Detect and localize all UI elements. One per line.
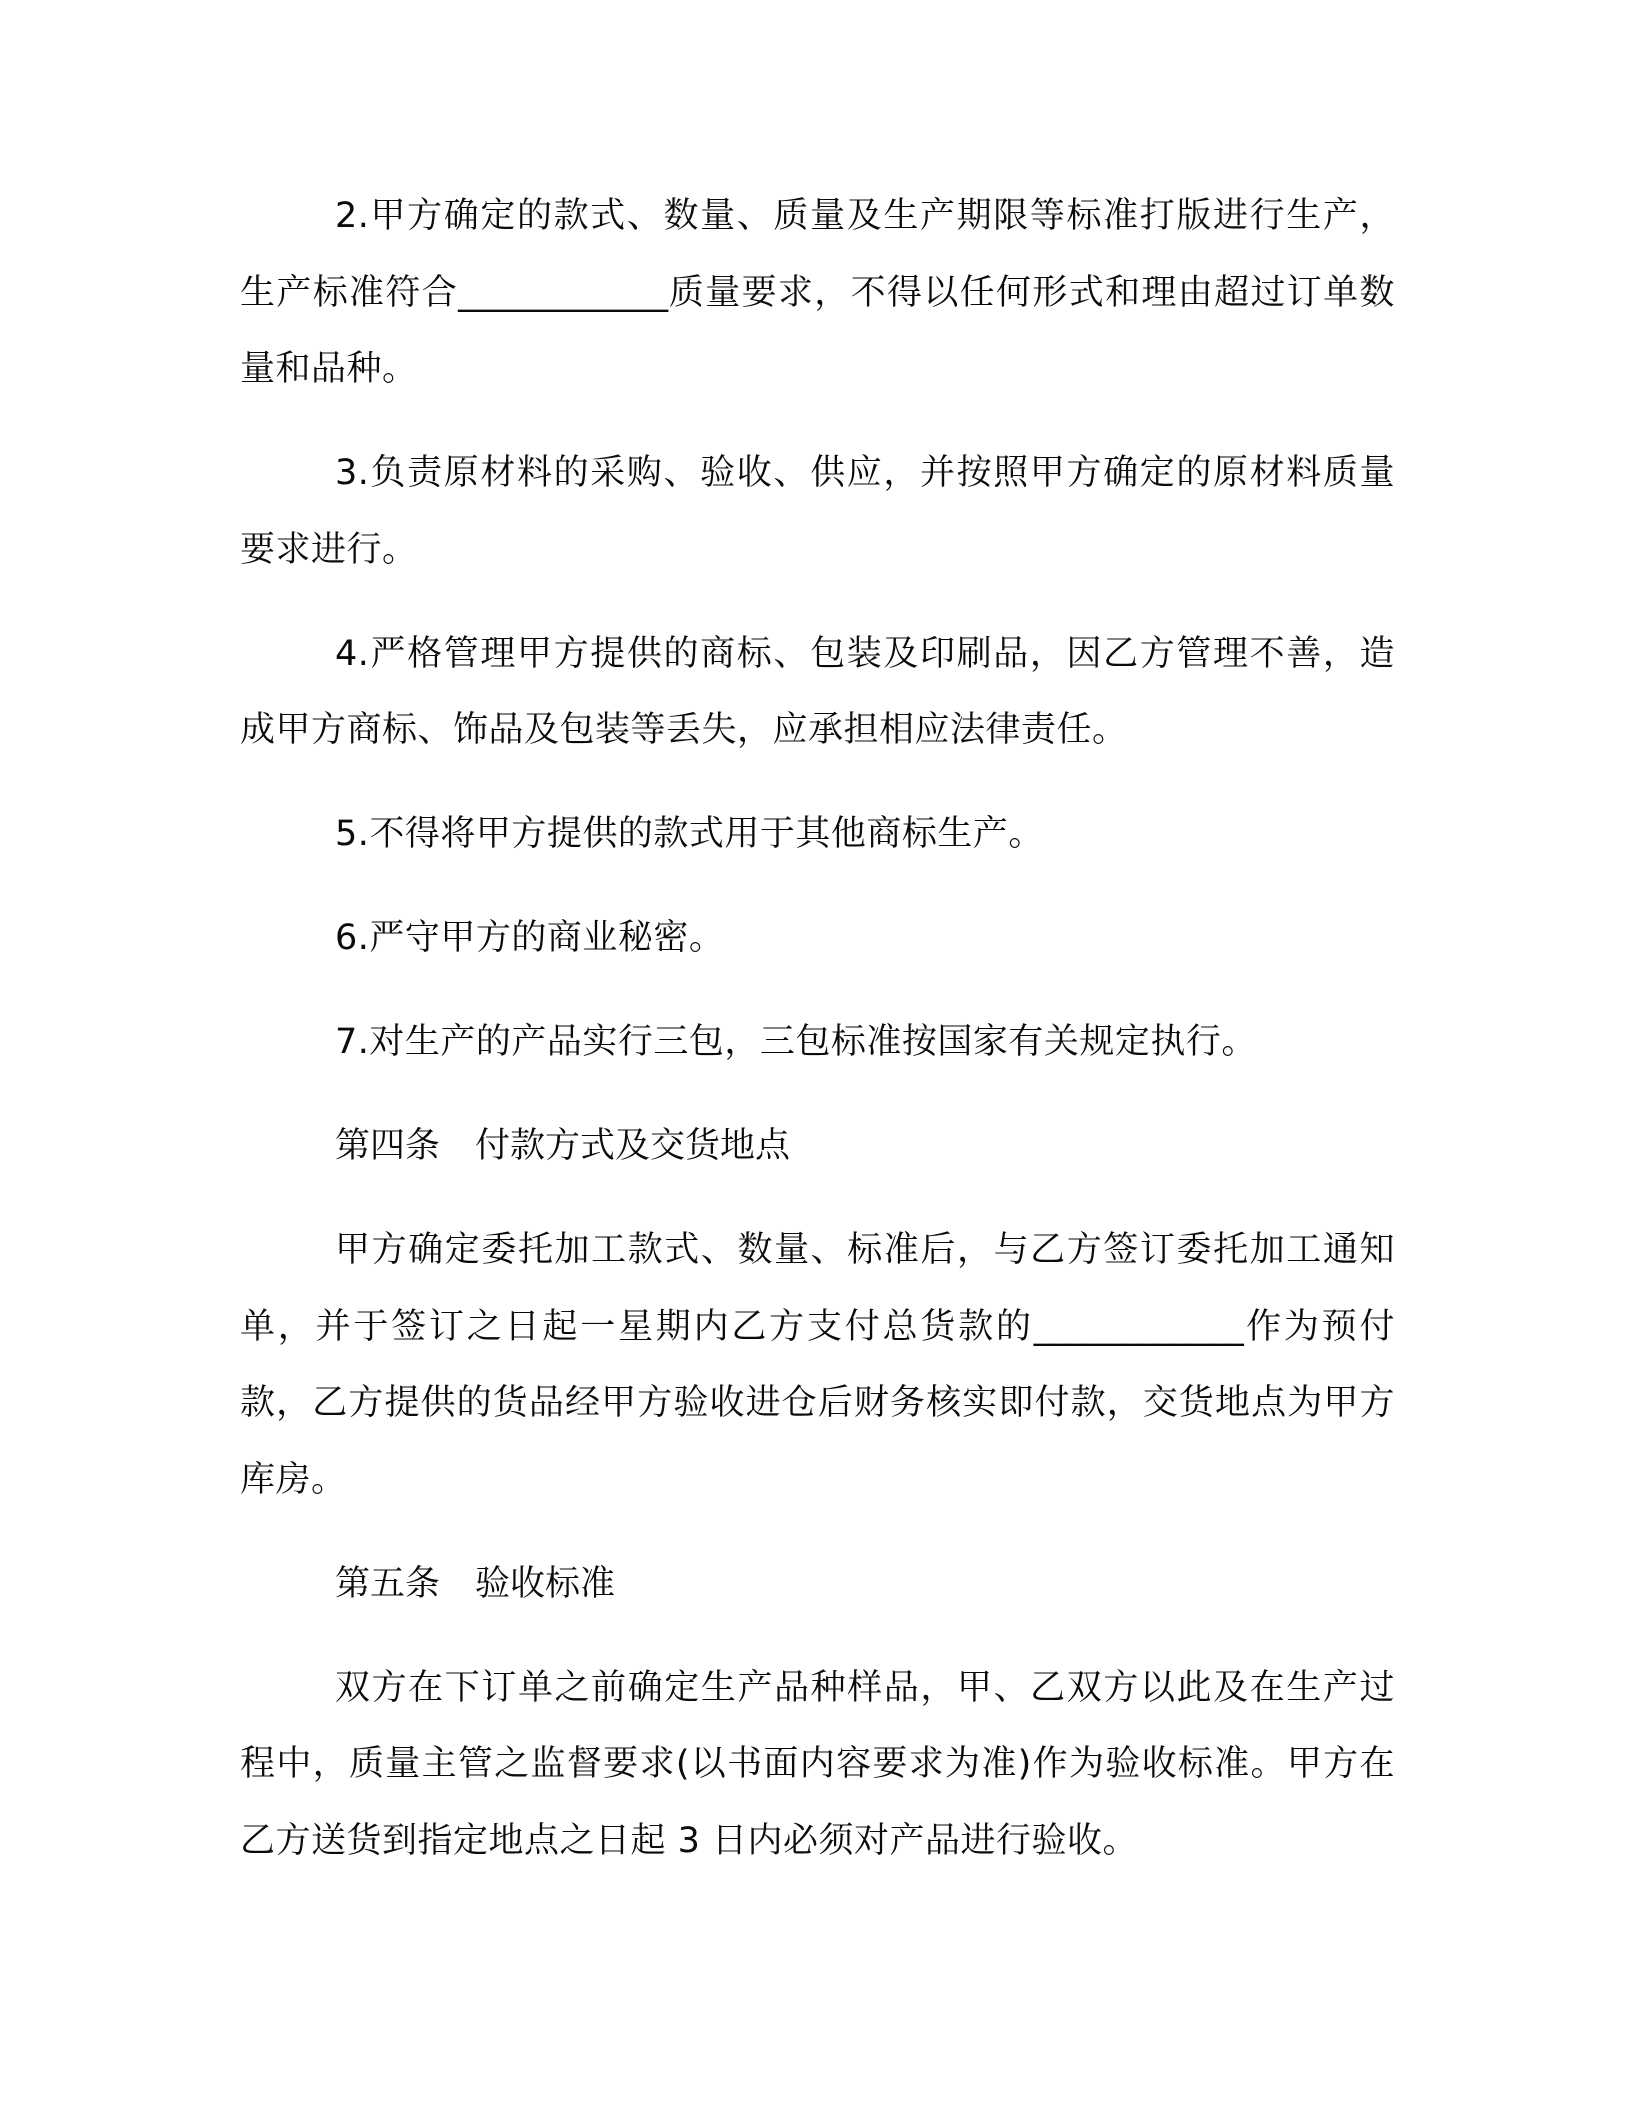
fill-in-blank-prepayment[interactable]: ____________ xyxy=(1034,1307,1244,1347)
clause-text: 双方在下订单之前确定生产品种样品，甲、乙双方以此及在生产过程中，质量主管之监督要… xyxy=(240,1668,1395,1861)
article-4-body: 甲方确定委托加工款式、数量、标准后，与乙方签订委托加工通知单，并于签订之日起一星… xyxy=(240,1212,1395,1518)
clause-item-6: 6.严守甲方的商业秘密。 xyxy=(240,900,1395,977)
heading-text: 第五条 验收标准 xyxy=(335,1564,615,1604)
clause-text: 6.严守甲方的商业秘密。 xyxy=(335,918,724,958)
clause-item-3: 3.负责原材料的采购、验收、供应，并按照甲方确定的原材料质量要求进行。 xyxy=(240,435,1395,588)
fill-in-blank-quality-standard[interactable]: ____________ xyxy=(458,273,668,313)
clause-item-7: 7.对生产的产品实行三包，三包标准按国家有关规定执行。 xyxy=(240,1004,1395,1081)
clause-item-2: 2.甲方确定的款式、数量、质量及生产期限等标准打版进行生产，生产标准符合____… xyxy=(240,178,1395,408)
article-5-body: 双方在下订单之前确定生产品种样品，甲、乙双方以此及在生产过程中，质量主管之监督要… xyxy=(240,1650,1395,1880)
article-4-heading: 第四条 付款方式及交货地点 xyxy=(240,1108,1395,1185)
clause-text: 4.严格管理甲方提供的商标、包装及印刷品，因乙方管理不善，造成甲方商标、饰品及包… xyxy=(240,634,1395,751)
clause-item-5: 5.不得将甲方提供的款式用于其他商标生产。 xyxy=(240,796,1395,873)
clause-text: 3.负责原材料的采购、验收、供应，并按照甲方确定的原材料质量要求进行。 xyxy=(240,453,1395,570)
article-5-heading: 第五条 验收标准 xyxy=(240,1546,1395,1623)
clause-item-4: 4.严格管理甲方提供的商标、包装及印刷品，因乙方管理不善，造成甲方商标、饰品及包… xyxy=(240,616,1395,769)
clause-text: 5.不得将甲方提供的款式用于其他商标生产。 xyxy=(335,814,1044,854)
document-page: 2.甲方确定的款式、数量、质量及生产期限等标准打版进行生产，生产标准符合____… xyxy=(240,178,1395,1907)
heading-text: 第四条 付款方式及交货地点 xyxy=(335,1126,790,1166)
clause-text: 7.对生产的产品实行三包，三包标准按国家有关规定执行。 xyxy=(335,1022,1257,1062)
